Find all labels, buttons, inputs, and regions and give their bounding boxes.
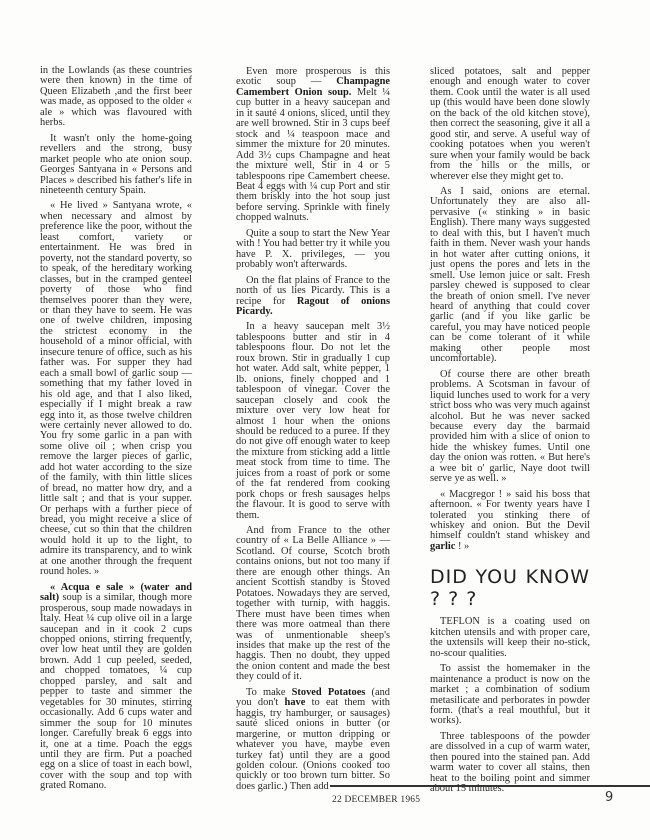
column-2: Even more prosperous is this exotic soup… — [236, 67, 390, 797]
recipe-body-champagne: Melt ¼ cup butter in a heavy saucepan an… — [236, 87, 390, 223]
column-1: in the Lowlands (as these countries were… — [40, 66, 192, 797]
paragraph-champagne: Even more prosperous is this exotic soup… — [236, 67, 390, 224]
paragraph-macgregor: « Macgregor ! » said his boss that after… — [430, 490, 590, 553]
page-number: 9 — [605, 790, 613, 805]
text: To make — [246, 687, 292, 698]
paragraph-continued: sliced potatoes, salt and pepper enough … — [430, 67, 590, 182]
recipe-body-acqua: soup is a similar, though more prosperou… — [40, 592, 192, 791]
paragraph-santyana: It wasn't only the home-going revellers … — [40, 134, 192, 197]
did-you-know-heading: DID YOU KNOW ? ? ? — [430, 566, 590, 610]
paragraph-product: To assist the homemaker in the maintenan… — [430, 664, 590, 727]
paragraph-eternal: As I said, onions are eternal. Unfortuna… — [430, 187, 590, 365]
recipe-title-stoved: Stoved Potatoes — [292, 687, 366, 698]
paragraph-new-year: Quite a soup to start the New Year with … — [236, 229, 390, 271]
paragraph-acqua-e-sale: « Acqua e sale » (water and salt) soup i… — [40, 583, 192, 792]
text: « Macgregor ! » said his boss that after… — [430, 489, 590, 542]
paragraph-quote: « He lived » Santyana wrote, « when nece… — [40, 201, 192, 577]
footer-date: 22 DECEMBER 1965 — [332, 795, 420, 805]
paragraph-scotland: And from France to the other country of … — [236, 526, 390, 683]
text: to eat them with haggis, try hamburger, … — [236, 697, 390, 792]
paragraph-scotsman: Of course there are other breath problem… — [430, 370, 590, 485]
footer-rule — [330, 785, 650, 787]
text: ! » — [455, 541, 469, 552]
paragraph-picardy: On the flat plains of France to the nort… — [236, 276, 390, 318]
paragraph-lowlands: in the Lowlands (as these countries were… — [40, 66, 192, 129]
paragraph-teflon: TEFLON is a coating used on kitchen uten… — [430, 617, 590, 659]
emphasis: have — [285, 697, 306, 708]
column-3: sliced potatoes, salt and pepper enough … — [430, 67, 590, 800]
paragraph-stoved: To make Stoved Potatoes (and you don't h… — [236, 688, 390, 793]
emphasis: garlic — [430, 541, 455, 552]
paragraph-ragout: In a heavy saucepan melt 3½ tablespoons … — [236, 322, 390, 521]
